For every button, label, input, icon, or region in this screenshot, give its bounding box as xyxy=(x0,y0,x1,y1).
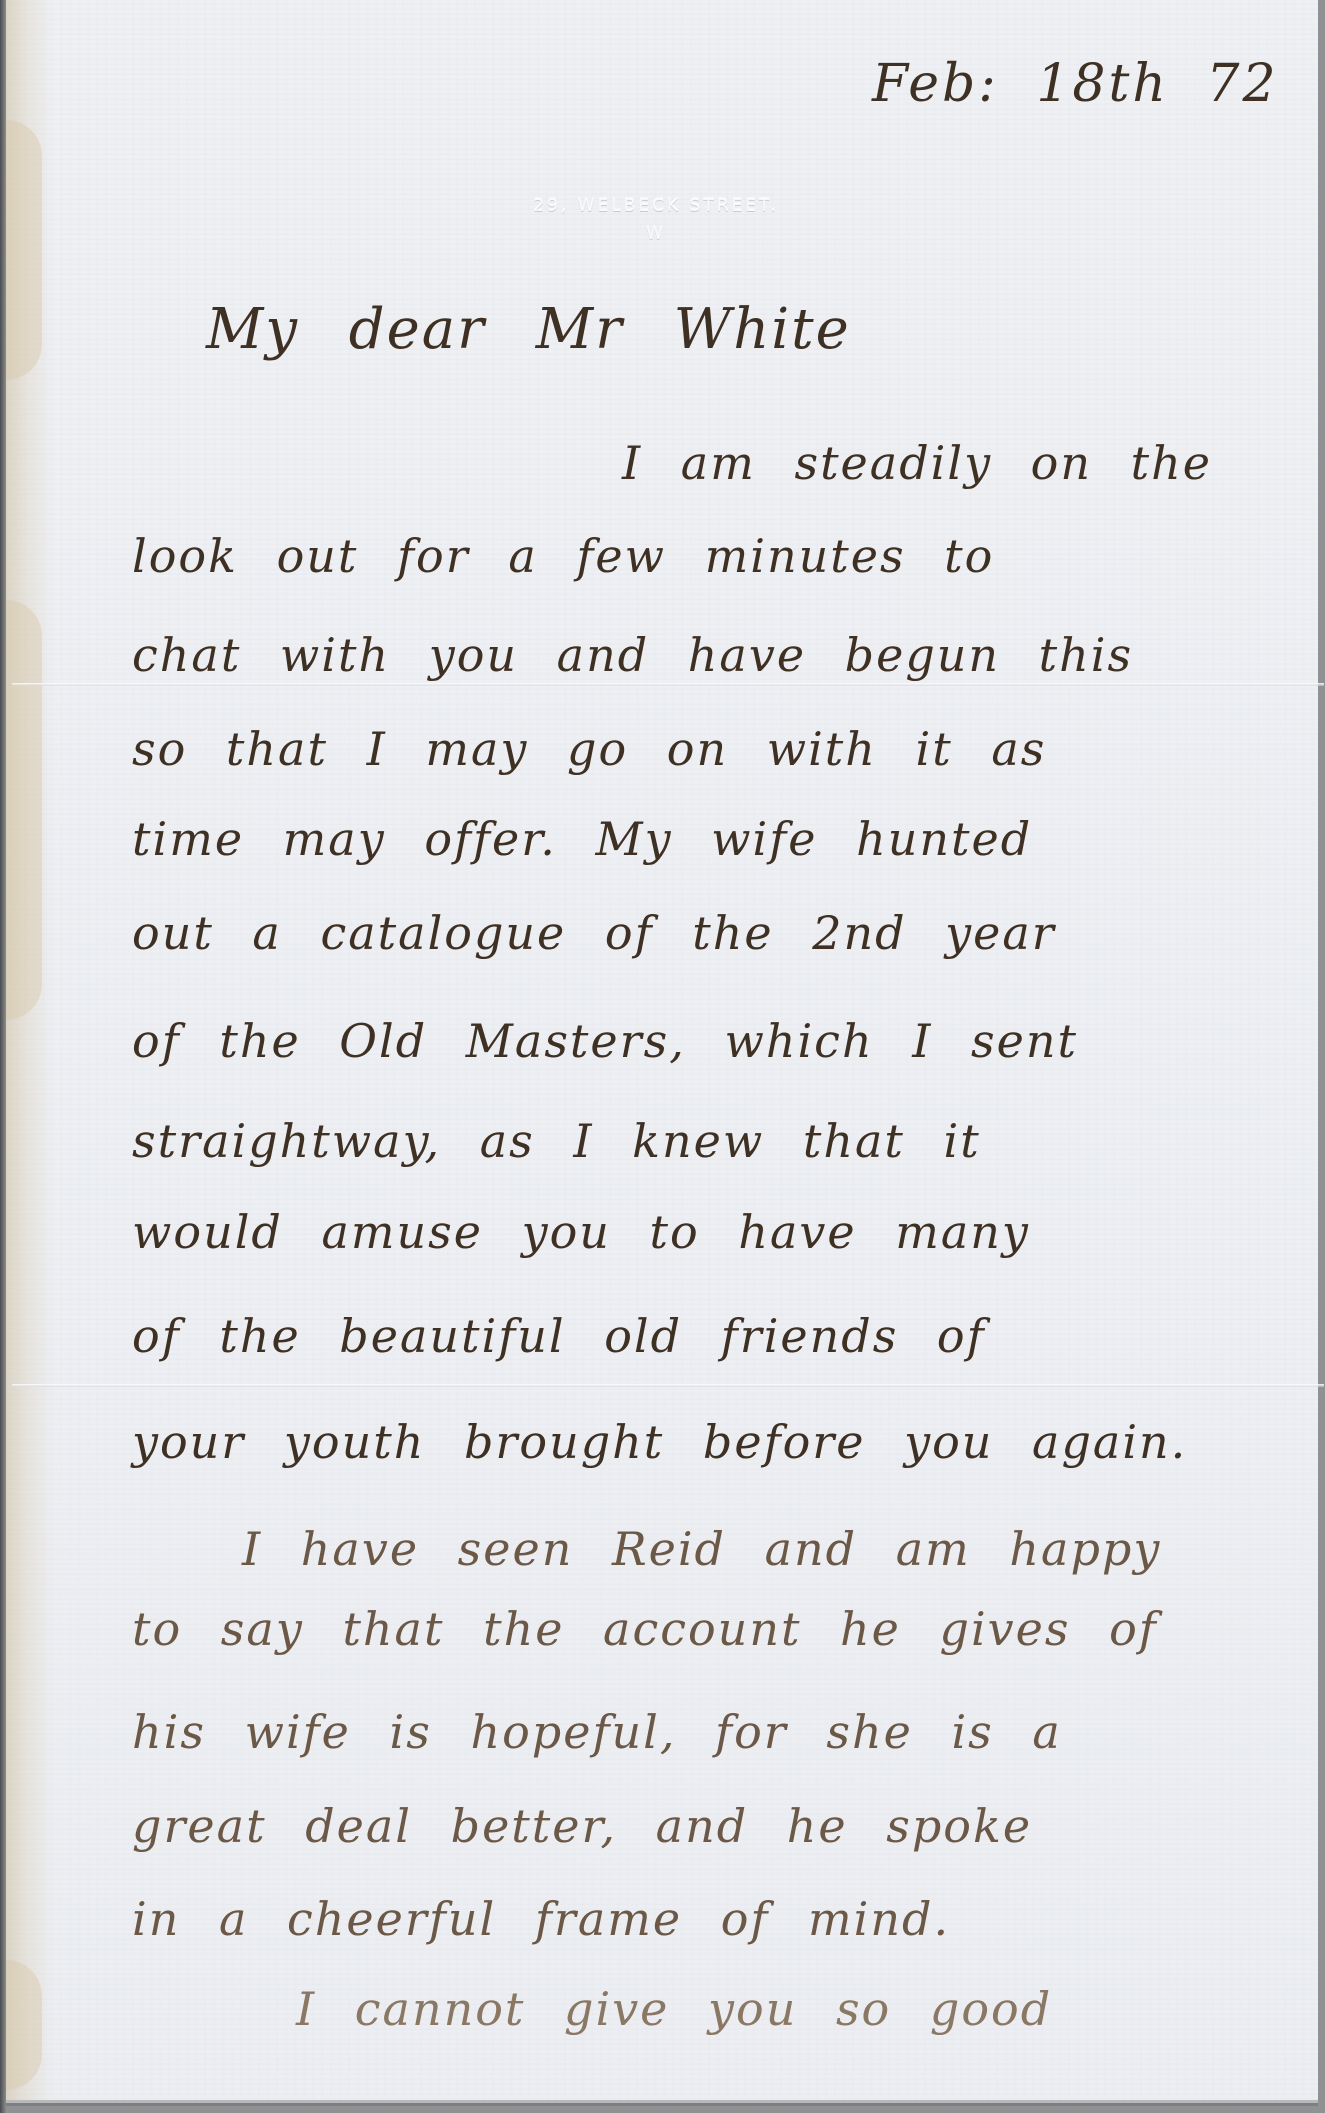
letter-line: your youth brought before you again. xyxy=(132,1419,1187,1465)
letterhead-district: W xyxy=(486,224,826,244)
letter-line: I cannot give you so good xyxy=(296,1986,1052,2032)
letter-line: straightway, as I knew that it xyxy=(132,1118,981,1164)
salutation: My dear Mr White xyxy=(206,302,851,358)
letter-line: his wife is hopeful, for she is a xyxy=(132,1709,1062,1755)
letter-line: would amuse you to have many xyxy=(132,1209,1030,1255)
stain-blob xyxy=(6,600,42,1020)
letterhead-address: 29, WELBECK STREET. xyxy=(533,196,779,216)
stain-blob xyxy=(6,1960,42,2090)
letter-line: I have seen Reid and am happy xyxy=(242,1526,1161,1572)
letter-line: time may offer. My wife hunted xyxy=(132,816,1032,862)
letter-line: in a cheerful frame of mind. xyxy=(132,1896,950,1942)
letter-line: great deal better, and he spoke xyxy=(132,1803,1032,1849)
letter-line: I am steadily on the xyxy=(622,440,1212,486)
letter-sheet: Feb: 18th 72 29, WELBECK STREET. W My de… xyxy=(6,0,1318,2100)
stain-blob xyxy=(6,120,42,380)
letter-date: Feb: 18th 72 xyxy=(872,58,1279,110)
letter-line: to say that the account he gives of xyxy=(132,1606,1158,1652)
scan-background: Feb: 18th 72 29, WELBECK STREET. W My de… xyxy=(0,0,1325,2113)
letter-line: out a catalogue of the 2nd year xyxy=(132,910,1056,956)
letter-line: of the beautiful old friends of xyxy=(132,1313,986,1359)
paper-fold-line xyxy=(12,683,1324,686)
letter-line: chat with you and have begun this xyxy=(132,632,1133,678)
letter-line: so that I may go on with it as xyxy=(132,726,1046,772)
letter-line: of the Old Masters, which I sent xyxy=(132,1018,1078,1064)
paper-fold-line xyxy=(12,1384,1324,1387)
letterhead: 29, WELBECK STREET. W xyxy=(486,196,826,244)
letter-line: look out for a few minutes to xyxy=(132,533,994,579)
